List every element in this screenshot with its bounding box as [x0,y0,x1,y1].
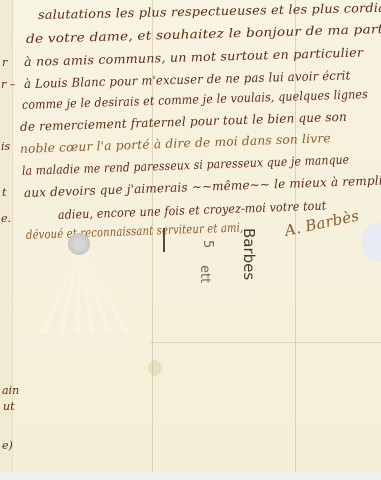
letter-line: à Louis Blanc pour m'excuser de ne pas l… [24,68,351,91]
letter-line: comme je le desirais et comme je le voul… [22,87,368,112]
margin-fragment: e. [1,212,11,225]
margin-fragment: t [2,186,6,199]
pencil-annotation: Barbes [240,228,258,280]
letter-line: de votre dame, et souhaitez le bonjour d… [26,22,381,46]
pencil-annotation: ett [197,265,212,283]
paper-stain [148,360,162,376]
paper-tear-hole [361,222,381,262]
pencil-annotation: 5 [200,240,215,248]
pencil-stroke [163,228,165,252]
margin-fragment: r [2,56,7,69]
wax-seal-mark [68,233,90,255]
letter-line: noble cœur l'a porté à dire de moi dans … [20,131,331,156]
seal-crease [30,244,130,334]
letter-line: dévoué et reconnaissant serviteur et ami… [26,220,244,242]
letter-line: à nos amis communs, un mot surtout en pa… [24,46,364,69]
letter-page: salutations les plus respectueuses et le… [0,0,381,472]
letter-line: la maladie me rend paresseux si paresseu… [22,153,350,178]
letter-line: adieu, encore une fois et croyez-moi vot… [58,199,327,222]
letter-line: de remerciement fraternel pour tout le b… [20,110,347,134]
margin-fragment: r – [1,78,15,91]
margin-fragment: ain [2,384,19,397]
margin-fragment: e) [2,439,13,452]
fold-line-horizontal [150,342,381,343]
margin-fragment: is [1,140,10,153]
letter-line: aux devoirs que j'aimerais ~~même~~ le m… [24,173,381,200]
margin-fragment: ut [3,400,15,413]
letter-line: salutations les plus respectueuses et le… [38,0,381,22]
